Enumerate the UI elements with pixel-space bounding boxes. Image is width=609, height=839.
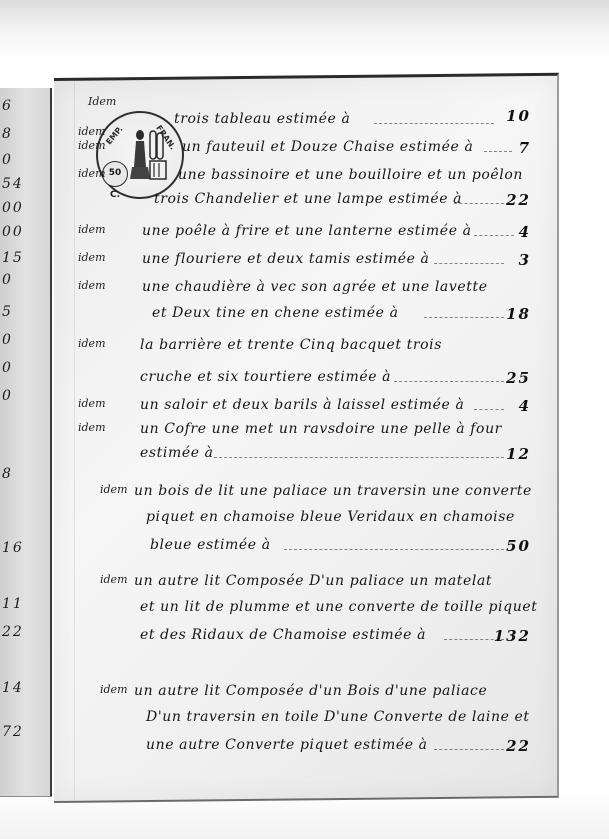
inventory-entry: idem une bassinoire et une bouilloire et… [54, 167, 557, 191]
left-margin-number: 00 [2, 200, 24, 216]
inventory-entry: idem une flouriere et deux tamis estimée… [54, 251, 557, 275]
entry-text: un autre lit Composée d'un Bois d'une pa… [134, 683, 487, 699]
left-margin-number: 0 [2, 152, 13, 168]
inventory-entry-continuation: et un lit de plumme et une converte de t… [54, 599, 557, 623]
inventory-entry-continuation: et Deux tine en chene estimée à 18 [54, 305, 557, 329]
manuscript-page: EMP. FRAN. 50 C. Idem idem trois tableau… [54, 73, 559, 803]
inventory-entry: idem un bois de lit une paliace un trave… [54, 483, 557, 507]
left-margin-number: 6 [2, 98, 13, 114]
inventory-entry: idem la barrière et trente Cinq bacquet … [54, 337, 557, 361]
entry-amount: 4 [519, 223, 531, 241]
inventory-entry: idem un saloir et deux barils à laissel … [54, 397, 557, 421]
leader-line [484, 151, 512, 153]
entry-text: un autre lit Composée D'un paliace un ma… [134, 573, 492, 589]
entry-amount: 3 [519, 251, 531, 269]
entry-margin: idem [78, 397, 106, 410]
inventory-entry-continuation: D'un traversin en toile D'une Converte d… [54, 709, 557, 733]
left-margin-number: 14 [2, 680, 24, 696]
inventory-entry-continuation: trois Chandelier et une lampe estimée à … [54, 191, 557, 215]
entry-margin: idem [78, 167, 106, 180]
left-margin-number: 00 [2, 224, 24, 240]
inventory-entry: idem trois tableau estimée à 10 [54, 111, 557, 135]
entry-amount: 22 [506, 191, 531, 209]
entry-margin: idem [78, 251, 106, 264]
entry-amount: 7 [519, 139, 531, 157]
entry-text: cruche et six tourtiere estimée à [140, 369, 391, 385]
left-margin-number: 0 [2, 272, 13, 288]
entry-text: une poêle à frire et une lanterne estimé… [142, 223, 472, 239]
entry-amount: 12 [506, 445, 531, 463]
inventory-entry-continuation: estimée à 12 [54, 445, 557, 469]
leader-line [394, 381, 504, 383]
leader-line [374, 123, 494, 125]
entry-margin: idem [100, 573, 128, 586]
inventory-entry: idem un fauteuil et Douze Chaise estimée… [54, 139, 557, 163]
inventory-entry: idem un Cofre une met un ravsdoire une p… [54, 421, 557, 445]
entry-margin: idem [78, 139, 106, 152]
inventory-entry-continuation: bleue estimée à 50 [54, 537, 557, 561]
entry-amount: 18 [506, 305, 531, 323]
leader-line [284, 549, 504, 551]
entry-margin: idem [78, 421, 106, 434]
inventory-entry: idem un autre lit Composée d'un Bois d'u… [54, 683, 557, 707]
entry-margin: idem [78, 279, 106, 292]
entry-margin: idem [78, 125, 106, 138]
entry-text: une bassinoire et une bouilloire et un p… [178, 167, 523, 183]
inventory-entry: idem un autre lit Composée D'un paliace … [54, 573, 557, 597]
underlying-page-edge: 6 8 0 54 00 00 15 0 5 0 0 0 8 16 11 22 1… [0, 88, 52, 797]
inventory-entry-continuation: une autre Converte piquet estimée à 22 [54, 737, 557, 761]
entry-text: bleue estimée à [150, 537, 271, 553]
left-margin-number: 15 [2, 250, 24, 266]
inventory-entry-continuation: piquet en chamoise bleue Veridaux en cha… [54, 509, 557, 533]
leader-line [454, 203, 504, 205]
inventory-entry: idem une poêle à frire et une lanterne e… [54, 223, 557, 247]
entry-text: un saloir et deux barils à laissel estim… [140, 397, 464, 413]
entry-amount: 22 [506, 737, 531, 755]
leader-line [474, 409, 504, 411]
left-margin-number: 0 [2, 388, 13, 404]
entry-text: et des Ridaux de Chamoise estimée à [140, 627, 426, 643]
entry-text: estimée à [140, 445, 214, 461]
entry-text: trois Chandelier et une lampe estimée à [154, 191, 462, 207]
entry-amount: 25 [506, 369, 531, 387]
entry-text: et Deux tine en chene estimée à [152, 305, 399, 321]
leader-line [434, 749, 504, 751]
gutter-line [50, 88, 52, 796]
leader-line [424, 317, 504, 319]
left-margin-number: 0 [2, 360, 13, 376]
entry-text: trois tableau estimée à [174, 111, 350, 127]
left-margin-number: 54 [2, 176, 24, 192]
left-margin-number: 8 [2, 126, 13, 142]
inventory-entry-continuation: cruche et six tourtiere estimée à 25 [54, 369, 557, 393]
entry-amount: 132 [494, 627, 531, 645]
left-margin-number: 22 [2, 624, 24, 640]
inventory-entry: idem une chaudière à vec son agrée et un… [54, 279, 557, 303]
entry-text: D'un traversin en toile D'une Converte d… [146, 709, 530, 725]
left-margin-number: 0 [2, 332, 13, 348]
entry-margin: idem [78, 223, 106, 236]
entry-text: et un lit de plumme et une converte de t… [140, 599, 537, 615]
entry-amount: 4 [519, 397, 531, 415]
left-margin-number: 16 [2, 540, 24, 556]
entry-text: piquet en chamoise bleue Veridaux en cha… [146, 509, 515, 525]
entry-margin: idem [78, 337, 106, 350]
entry-text: la barrière et trente Cinq bacquet trois [140, 337, 442, 353]
entry-text: un bois de lit une paliace un traversin … [134, 483, 532, 499]
entry-amount: 10 [506, 107, 531, 125]
entry-text: une flouriere et deux tamis estimée à [142, 251, 430, 267]
left-margin-number: 5 [2, 304, 13, 320]
entry-text: une chaudière à vec son agrée et une lav… [142, 279, 488, 295]
entry-text: un fauteuil et Douze Chaise estimée à [182, 139, 473, 155]
left-margin-number: 11 [2, 596, 24, 612]
inventory-entry-continuation: et des Ridaux de Chamoise estimée à 132 [54, 627, 557, 651]
left-margin-number: 8 [2, 466, 13, 482]
entry-margin: idem [100, 683, 128, 696]
entry-text: une autre Converte piquet estimée à [146, 737, 428, 753]
leader-line [474, 235, 514, 237]
left-margin-number: 72 [2, 724, 24, 740]
entry-text: un Cofre une met un ravsdoire une pelle … [140, 421, 502, 437]
entry-amount: 50 [506, 537, 531, 555]
leader-line [214, 457, 504, 459]
entry-margin: idem [100, 483, 128, 496]
leader-line [434, 263, 504, 265]
